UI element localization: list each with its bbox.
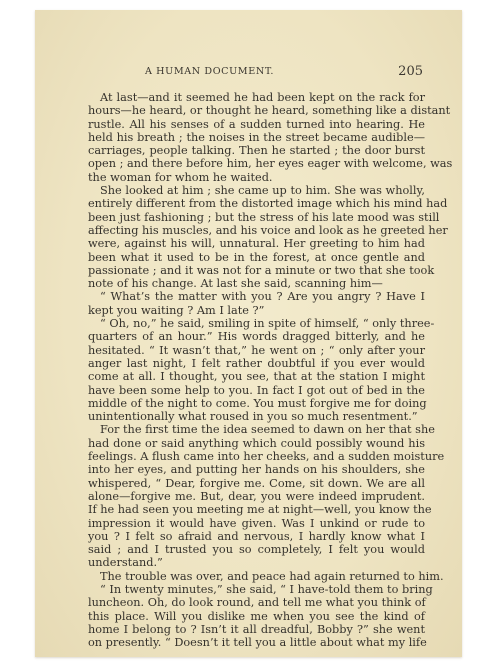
text-line: “ What’s the matter with you ? Are you a… — [88, 290, 425, 303]
text-line: held his breath ; the noises in the stre… — [88, 131, 425, 144]
text-line: kept you waiting ? Am I late ?” — [88, 304, 425, 317]
text-line: rustle. All his senses of a sudden turne… — [88, 118, 425, 131]
text-line: this place. Will you dislike me when you… — [88, 610, 425, 623]
text-line: She looked at him ; she came up to him. … — [88, 184, 425, 197]
text-line: At last—and it seemed he had been kept o… — [88, 91, 425, 104]
running-title: A HUMAN DOCUMENT. — [145, 66, 274, 77]
text-line: anger last night, I felt rather doubtful… — [88, 357, 425, 370]
text-line: on presently. “ Doesn’t it tell you a li… — [88, 636, 425, 649]
text-line: luncheon. Oh, do look round, and tell me… — [88, 596, 425, 609]
text-line: said ; and I trusted you so completely, … — [88, 543, 425, 556]
text-line: quarters of an hour.” His words dragged … — [88, 330, 425, 343]
text-line: carriages, people talking. Then he start… — [88, 144, 425, 157]
text-line: hesitated. “ It wasn’t that,” he went on… — [88, 344, 425, 357]
text-line: open ; and there before him, her eyes ea… — [88, 157, 425, 170]
text-line: been what it used to be in the forest, a… — [88, 251, 425, 264]
text-line: middle of the night to come. You must fo… — [88, 397, 425, 410]
text-line: impression it would have given. Was I un… — [88, 517, 425, 530]
text-line: alone—forgive me. But, dear, you were in… — [88, 490, 425, 503]
text-line: feelings. A flush came into her cheeks, … — [88, 450, 425, 463]
text-line: note of his change. At last she said, sc… — [88, 277, 425, 290]
text-line: had done or said anything which could po… — [88, 437, 425, 450]
page-header: A HUMAN DOCUMENT. 205 — [90, 65, 415, 79]
text-line: passionate ; and it was not for a minute… — [88, 264, 425, 277]
text-line: have been some help to you. In fact I go… — [88, 384, 425, 397]
text-line: whispered, “ Dear, forgive me. Come, sit… — [88, 477, 425, 490]
text-line: into her eyes, and putting her hands on … — [88, 463, 425, 476]
text-line: “ In twenty minutes,” she said, “ I have… — [88, 583, 425, 596]
text-line: affecting his muscles, and his voice and… — [88, 224, 425, 237]
text-line: were, against his will, unnatural. Her g… — [88, 237, 425, 250]
text-line: you ? I felt so afraid and nervous, I ha… — [88, 530, 425, 543]
text-line: home I belong to ? Isn’t it all dreadful… — [88, 623, 425, 636]
text-line: unintentionally what roused in you so mu… — [88, 410, 425, 423]
text-line: “ Oh, no,” he said, smiling in spite of … — [88, 317, 425, 330]
text-line: If he had seen you meeting me at night—w… — [88, 503, 425, 516]
body-text: At last—and it seemed he had been kept o… — [88, 91, 425, 649]
text-line: entirely different from the distorted im… — [88, 197, 425, 210]
text-line: understand.” — [88, 556, 425, 569]
text-line: been just fashioning ; but the stress of… — [88, 211, 425, 224]
page-number: 205 — [398, 64, 423, 79]
text-line: the woman for whom he waited. — [88, 171, 425, 184]
text-line: For the first time the idea seemed to da… — [88, 423, 425, 436]
text-line: The trouble was over, and peace had agai… — [88, 570, 425, 583]
text-line: come at all. I thought, you see, that at… — [88, 370, 425, 383]
text-line: hours—he heard, or thought he heard, som… — [88, 104, 425, 117]
